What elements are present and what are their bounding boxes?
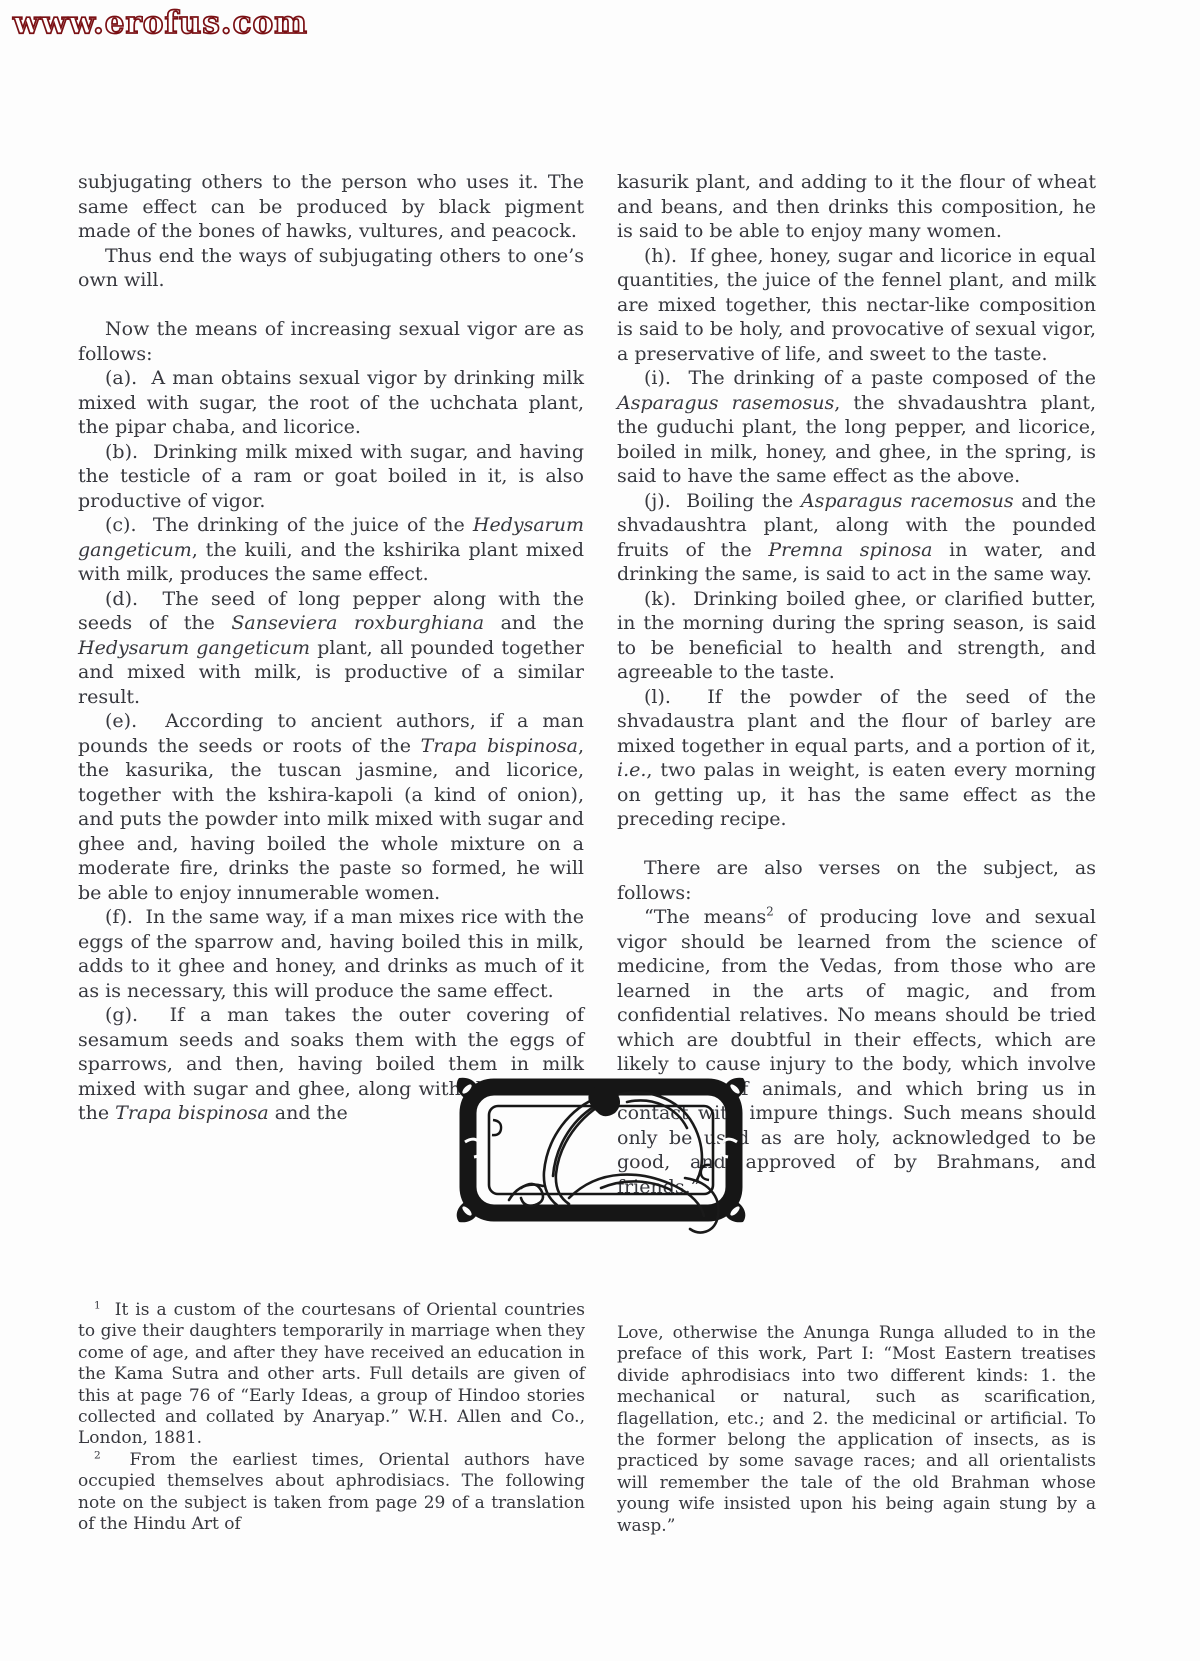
right-column: kasurik plant, and adding to it the flou… [617,170,1096,1199]
footnote: 2 From the earliest times, Oriental auth… [78,1450,585,1536]
paragraph: kasurik plant, and adding to it the flou… [617,170,1096,244]
framed-illustration [451,1076,751,1244]
paragraph: (d). The seed of long pepper along with … [78,587,584,710]
paragraph: (j). Boiling the Asparagus racemosus and… [617,489,1096,587]
paragraph: (c). The drinking of the juice of the He… [78,513,584,587]
body-text: subjugating others to the person who use… [78,170,1096,1199]
paragraph: There are also verses on the subject, as… [617,856,1096,905]
paragraph: (l). If the powder of the seed of the sh… [617,685,1096,832]
paragraph: subjugating others to the person who use… [78,170,584,244]
footnotes-left: 1 It is a custom of the courtesans of Or… [78,1300,585,1535]
footnote: Love, otherwise the Anunga Runga alluded… [617,1323,1096,1537]
paragraph: Thus end the ways of subjugating others … [78,244,584,293]
paragraph: (b). Drinking milk mixed with sugar, and… [78,440,584,514]
paragraph: Now the means of increasing sexual vigor… [78,317,584,366]
footnotes-right: Love, otherwise the Anunga Runga alluded… [617,1323,1096,1537]
paragraph: (e). According to ancient authors, if a … [78,709,584,905]
paragraph: (h). If ghee, honey, sugar and licorice … [617,244,1096,367]
reclining-figure-woodcut-icon [451,1076,751,1244]
paragraph: (k). Drinking boiled ghee, or clarified … [617,587,1096,685]
watermark-text: www.erofus.com [13,5,308,41]
book-page: www.erofus.com subjugating others to the… [0,0,1200,1661]
paragraph: (f). In the same way, if a man mixes ric… [78,905,584,1003]
left-column: subjugating others to the person who use… [78,170,584,1199]
paragraph: (a). A man obtains sexual vigor by drink… [78,366,584,440]
paragraph: (i). The drinking of a paste composed of… [617,366,1096,489]
footnote: 1 It is a custom of the courtesans of Or… [78,1300,585,1450]
